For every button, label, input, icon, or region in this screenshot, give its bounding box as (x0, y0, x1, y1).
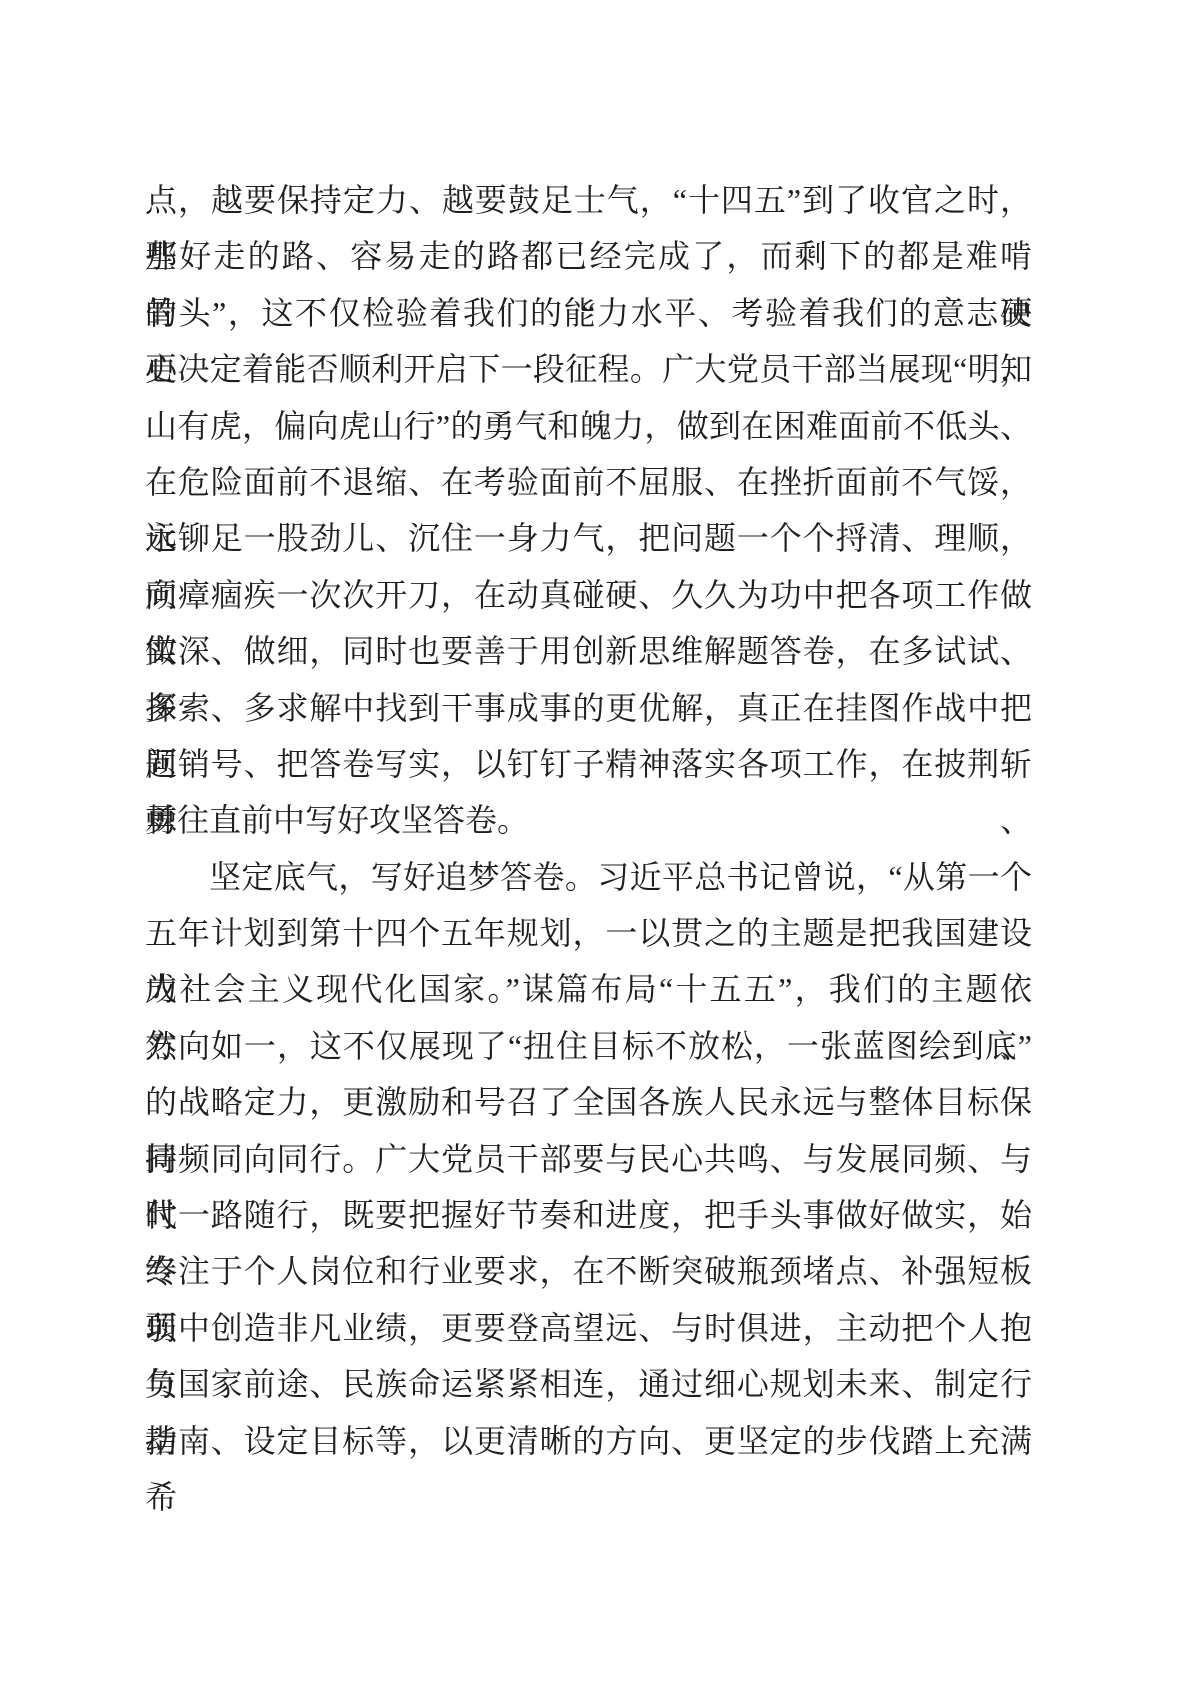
text-line: 坚定底气，写好追梦答卷。习近平总书记曾说，“从第一个 (145, 849, 1032, 905)
text-line: 的战略定力，更激励和号召了全国各族人民永远与整体目标保持 (145, 1074, 1032, 1130)
text-line: 山有虎，偏向虎山行”的勇气和魄力，做到在困难面前不低头、 (145, 398, 1032, 454)
text-line: 指南、设定目标等，以更清晰的方向、更坚定的步伐踏上充满希 (145, 1413, 1032, 1469)
text-line: 顽瘴痼疾一次次开刀，在动真碰硬、久久为功中把各项工作做实、 (145, 567, 1032, 623)
text-line: 方向如一，这不仅展现了“扭住目标不放松，一张蓝图绘到底” (145, 1018, 1032, 1074)
text-line: 远铆足一股劲儿、沉住一身力气，把问题一个个捋清、理顺，向 (145, 510, 1032, 566)
text-line: 在危险面前不退缩、在考验面前不屈服、在挫折面前不气馁，永 (145, 454, 1032, 510)
text-line: 项中创造非凡业绩，更要登高望远、与时俱进，主动把个人抱负 (145, 1300, 1032, 1356)
text-line: 更决定着能否顺利开启下一段征程。广大党员干部当展现“明知 (145, 341, 1032, 397)
text-line: 题销号、把答卷写实，以钉钉子精神落实各项工作，在披荆斩棘、 (145, 736, 1032, 792)
text-line: 些好走的路、容易走的路都已经完成了，而剩下的都是难啃的“硬 (145, 228, 1032, 284)
text-line: 探索、多求解中找到干事成事的更优解，真正在挂图作战中把问 (145, 680, 1032, 736)
text-line: 专注于个人岗位和行业要求，在不断突破瓶颈堵点、补强短板弱 (145, 1243, 1032, 1299)
text-line: 与国家前途、民族命运紧紧相连，通过细心规划未来、制定行动 (145, 1356, 1032, 1412)
document-body: 点，越要保持定力、越要鼓足士气，“十四五”到了收官之时，那些好走的路、容易走的路… (145, 172, 1032, 1469)
text-line: 代一路随行，既要把握好节奏和进度，把手头事做好做实，始终 (145, 1187, 1032, 1243)
text-line: 骨头”，这不仅检验着我们的能力水平、考验着我们的意志决心， (145, 285, 1032, 341)
text-line: 五年计划到第十四个五年规划，一以贯之的主题是把我国建设成 (145, 905, 1032, 961)
document-page: 点，越要保持定力、越要鼓足士气，“十四五”到了收官之时，那些好走的路、容易走的路… (0, 0, 1190, 1683)
text-line: 点，越要保持定力、越要鼓足士气，“十四五”到了收官之时，那 (145, 172, 1032, 228)
text-line: 同频同向同行。广大党员干部要与民心共鸣、与发展同频、与时 (145, 1131, 1032, 1187)
text-line: 为社会主义现代化国家。”谋篇布局“十五五”，我们的主题依然、 (145, 961, 1032, 1017)
text-line: 做深、做细，同时也要善于用创新思维解题答卷，在多试试、多 (145, 623, 1032, 679)
